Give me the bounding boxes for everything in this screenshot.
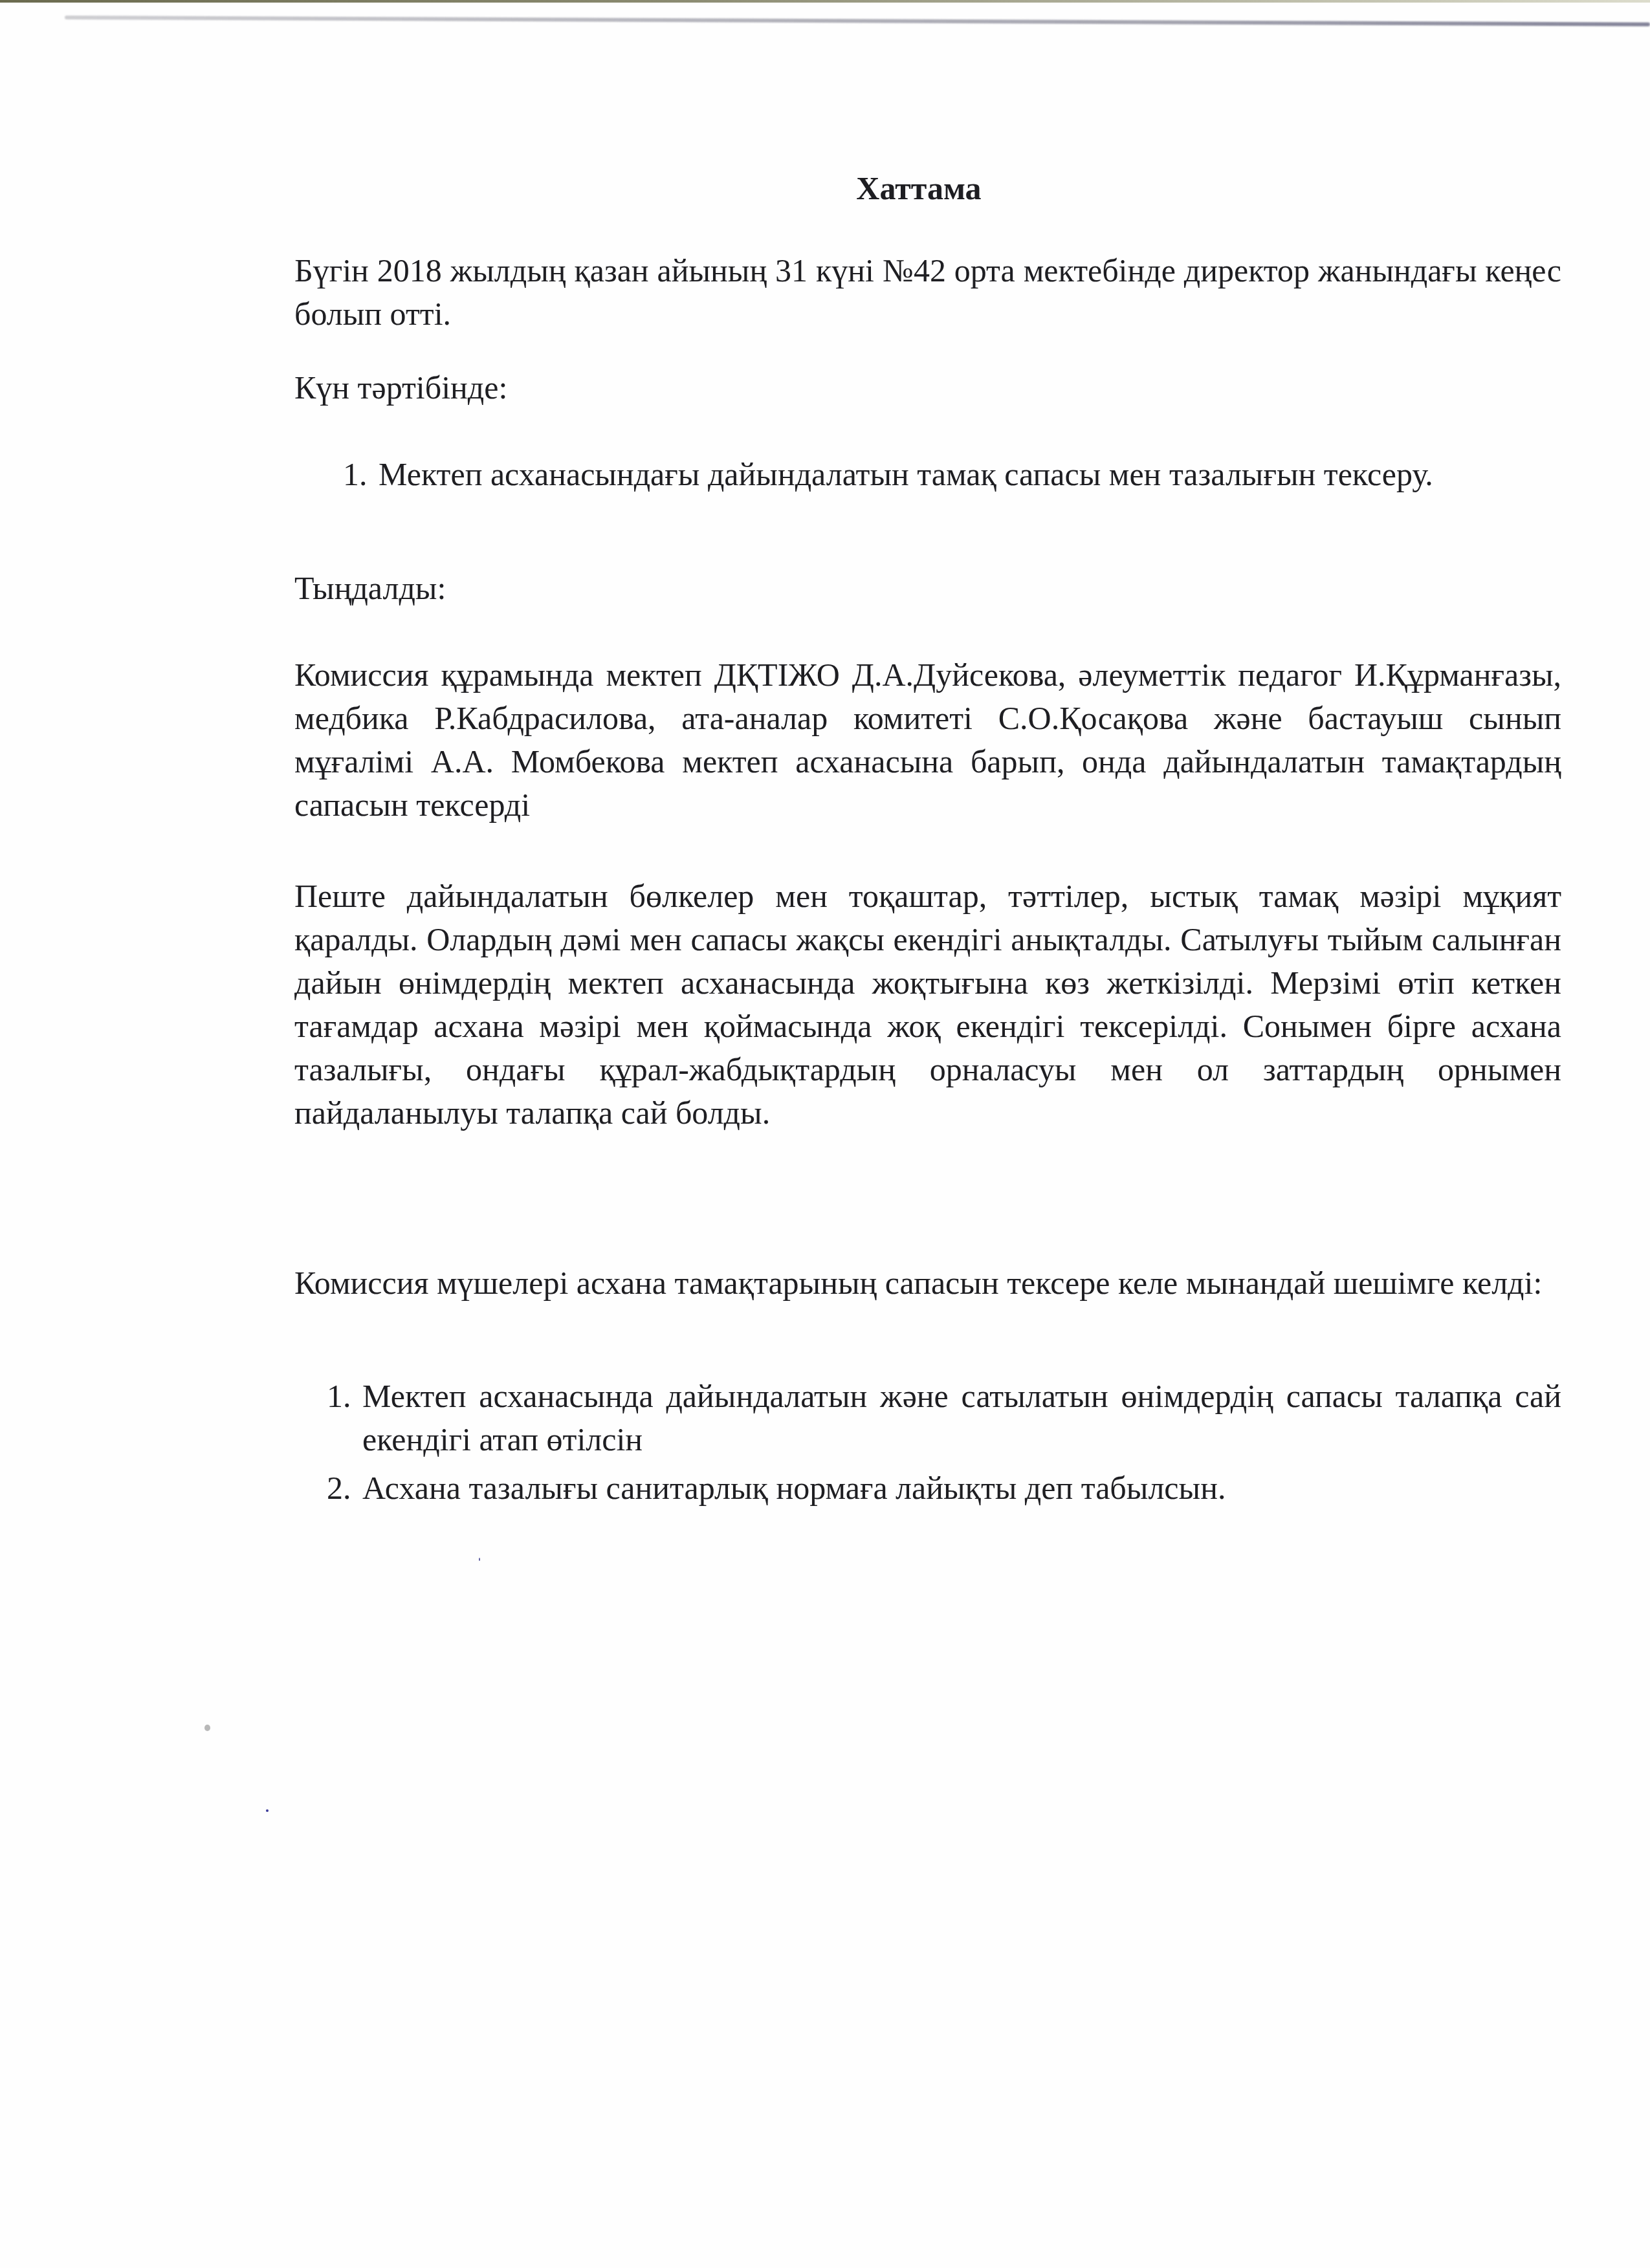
list-number: 1. (343, 453, 368, 496)
intro-paragraph: Бүгін 2018 жылдың қазан айының 31 күні №… (294, 249, 1561, 336)
decision-item-text: Мектеп асханасында дайындалатын және сат… (362, 1378, 1561, 1457)
agenda-list: 1. Мектеп асханасындағы дайындалатын там… (294, 453, 1561, 496)
agenda-item-text: Мектеп асханасындағы дайындалатын тамақ … (379, 456, 1433, 492)
scan-speck (479, 1558, 480, 1561)
decision-item: 1. Мектеп асханасында дайындалатын және … (278, 1375, 1561, 1461)
scan-speck (204, 1725, 210, 1731)
agenda-heading: Күн тәртібінде: (294, 366, 1561, 409)
decision-item-text: Асхана тазалығы санитарлық нормаға лайық… (362, 1470, 1226, 1506)
page-title: Хаттама (0, 169, 1650, 207)
inspection-paragraph: Пеште дайындалатын бөлкелер мен тоқаштар… (294, 875, 1561, 1135)
decision-item: 2. Асхана тазалығы санитарлық нормаға ла… (278, 1467, 1561, 1510)
list-number: 1. (327, 1375, 351, 1418)
scan-fold-shadow (65, 16, 1650, 27)
scan-speck (266, 1809, 269, 1812)
commission-paragraph: Комиссия құрамында мектеп ДҚТІЖО Д.А.Дуй… (294, 653, 1561, 827)
scan-top-edge (0, 0, 1650, 3)
agenda-item: 1. Мектеп асханасындағы дайындалатын там… (294, 453, 1561, 496)
decisions-list: 1. Мектеп асханасында дайындалатын және … (278, 1375, 1561, 1510)
list-number: 2. (327, 1467, 351, 1510)
decision-intro: Комиссия мүшелері асхана тамақтарының са… (294, 1261, 1561, 1305)
listened-heading: Тыңдалды: (294, 567, 1561, 610)
